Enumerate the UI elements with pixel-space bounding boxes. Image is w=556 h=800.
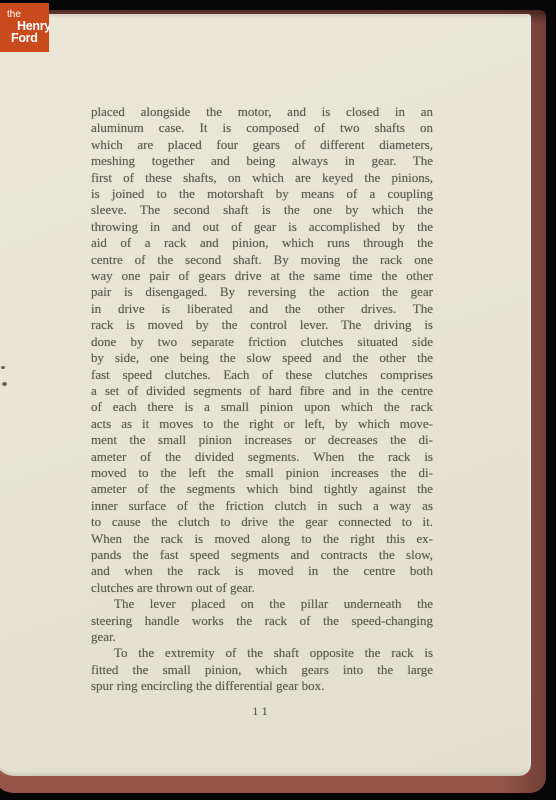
- text-line: of each there is a small pinion upon whi…: [91, 399, 433, 415]
- text-line: is joined to the motorshaft by means of …: [91, 186, 433, 202]
- page-number: 11: [91, 706, 433, 718]
- text-line: first of these shafts, on which are keye…: [91, 170, 433, 186]
- text-line: pands the fast speed segments and contra…: [91, 547, 433, 563]
- text-line: and when the rack is moved in the centre…: [91, 563, 433, 579]
- text-line: to cause the clutch to drive the gear co…: [91, 514, 433, 530]
- paragraph: placed alongside the motor, and is close…: [91, 104, 433, 596]
- text-line: To the extremity of the shaft opposite t…: [91, 645, 433, 661]
- text-line: clutches are thrown out of gear.: [91, 580, 433, 596]
- text-line: ameter of the divided segments. When the…: [91, 449, 433, 465]
- text-line: which are placed four gears of different…: [91, 137, 433, 153]
- text-line: inner surface of the friction clutch in …: [91, 498, 433, 514]
- text-line: aluminum case. It is composed of two sha…: [91, 120, 433, 136]
- text-line: placed alongside the motor, and is close…: [91, 104, 433, 120]
- text-line: pair is disengaged. By reversing the act…: [91, 284, 433, 300]
- text-block: placed alongside the motor, and is close…: [91, 104, 433, 695]
- book-scan-photo: placed alongside the motor, and is close…: [0, 0, 556, 800]
- text-line: rack is moved by the control lever. The …: [91, 317, 433, 333]
- logo-text-ford: Ford: [11, 32, 49, 45]
- text-line: a set of divided segments of hard fibre …: [91, 383, 433, 399]
- text-line: fitted the small pinion, which gears int…: [91, 662, 433, 678]
- text-line: throwing in and out of gear is accomplis…: [91, 219, 433, 235]
- ink-speck: [1, 366, 5, 369]
- text-line: fast speed clutches. Each of these clutc…: [91, 367, 433, 383]
- henry-ford-logo: the Henry Ford: [0, 3, 49, 52]
- text-line: gear.: [91, 629, 433, 645]
- text-line: centre of the second shaft. By moving th…: [91, 252, 433, 268]
- ink-speck: [2, 382, 7, 386]
- text-line: meshing together and being always in gea…: [91, 153, 433, 169]
- paragraph: The lever placed on the pillar underneat…: [91, 596, 433, 645]
- text-line: moved to the left the small pinion incre…: [91, 465, 433, 481]
- text-line: way one pair of gears drive at the same …: [91, 268, 433, 284]
- text-line: spur ring encircling the differential ge…: [91, 678, 433, 694]
- text-line: acts as it moves to the right or left, b…: [91, 416, 433, 432]
- text-line: done by two separate friction clutches s…: [91, 334, 433, 350]
- text-line: aid of a rack and pinion, which runs thr…: [91, 235, 433, 251]
- text-line: steering handle works the rack of the sp…: [91, 613, 433, 629]
- text-line: in drive is liberated and the other driv…: [91, 301, 433, 317]
- text-line: ameter of the segments which bind tightl…: [91, 481, 433, 497]
- text-line: When the rack is moved along to the righ…: [91, 531, 433, 547]
- text-line: The lever placed on the pillar underneat…: [91, 596, 433, 612]
- text-line: sleeve. The second shaft is the one by w…: [91, 202, 433, 218]
- paragraph: To the extremity of the shaft opposite t…: [91, 645, 433, 694]
- book-page: placed alongside the motor, and is close…: [0, 14, 531, 776]
- text-line: ment the small pinion increases or decre…: [91, 432, 433, 448]
- text-line: by side, one being the slow speed and th…: [91, 350, 433, 366]
